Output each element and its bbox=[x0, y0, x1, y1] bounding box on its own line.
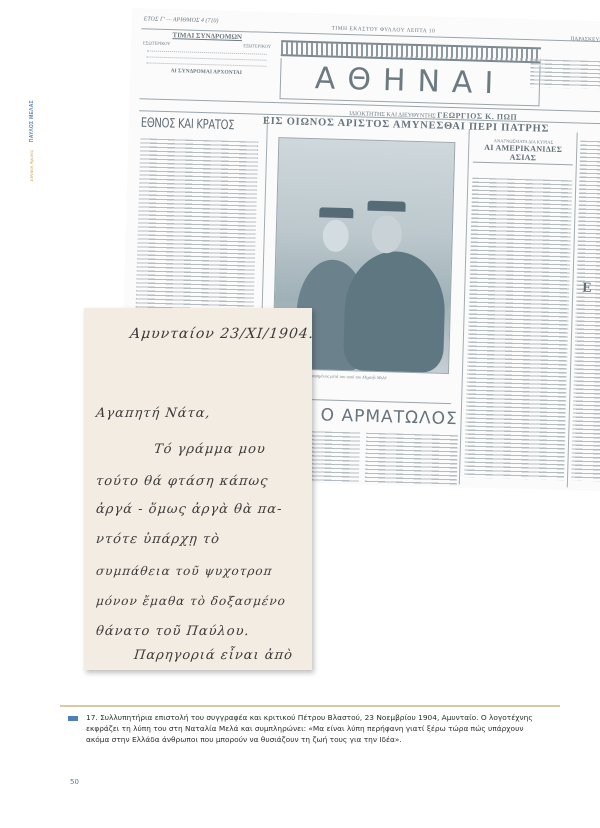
newspaper-issue-line: ΕΤΟΣ Γ' — ΑΡΙΘΜΟΣ 4 (710) bbox=[144, 16, 219, 24]
figure-caption: 17. Συλλυπητήρια επιστολή του συγγραφέα … bbox=[86, 712, 536, 745]
page-number: 50 bbox=[70, 778, 79, 786]
subscription-start: ΑΙ ΣΥΝΔΡΟΜΑΙ ΑΡΧΟΝΤΑΙ bbox=[142, 67, 270, 77]
letter-line: Παρηγοριά εἶναι ἀπὸ bbox=[133, 648, 294, 663]
newspaper-right-notice bbox=[530, 59, 600, 89]
letter-line: ἀργά - ὅμως ἀργὰ θὰ πα- bbox=[95, 502, 283, 517]
newspaper-masthead: ΑΘΗΝΑΙ bbox=[280, 40, 542, 105]
handwritten-letter: Αμυνταίον 23/ΧΙ/1904. Αγαπητή Νάτα, Τό γ… bbox=[84, 308, 312, 670]
photo-figure-man bbox=[343, 250, 446, 373]
right-column-text bbox=[464, 178, 572, 481]
letter-line: Τό γράμμα μου bbox=[153, 442, 266, 457]
masthead-title: ΑΘΗΝΑΙ bbox=[280, 58, 541, 106]
caption-divider bbox=[60, 705, 560, 707]
running-header-author: ΠΑΥΛΟΣ ΜΕΛΑΣ bbox=[29, 100, 35, 142]
subscription-box: ΤΙΜΑΙ ΣΥΝΔΡΟΜΩΝ ΕΣΩΤΕΡΙΚΟΥ ΕΞΩΤΕΡΙΚΟΥ ΑΙ… bbox=[142, 30, 271, 77]
left-column-text bbox=[135, 138, 258, 326]
caption-marker-icon bbox=[68, 716, 78, 721]
letter-place-date: Αμυνταίον 23/ΧΙ/1904. bbox=[129, 326, 315, 342]
photo-cap bbox=[319, 207, 353, 218]
left-column-headline: ΕΘΝΟΣ ΚΑΙ ΚΡΑΤΟΣ bbox=[141, 116, 235, 133]
photo-face bbox=[322, 219, 349, 252]
subscription-exterior: ΕΞΩΤΕΡΙΚΟΥ bbox=[243, 43, 271, 49]
letter-line: ντότε ὑπάρχῃ τὸ bbox=[95, 532, 220, 547]
letter-line: τούτο θά φτάση κάπως bbox=[95, 474, 269, 489]
subscription-interior: ΕΣΩΤΕΡΙΚΟΥ bbox=[143, 40, 171, 46]
column-text bbox=[365, 433, 458, 486]
running-header: ΠΑΥΛΟΣ ΜΕΛΑΣ Εθνικοί Αγώνες bbox=[22, 100, 42, 250]
right-column-article: ΑΝΑΓΝΩΣΜΑΤΑ ΔΙΑ ΚΥΡΙΑΣ ΑΙ ΑΜΕΡΙΚΑΝΙΔΕΣ Α… bbox=[473, 138, 574, 166]
letter-line: θάνατο τοῦ Παύλου. bbox=[95, 624, 250, 639]
running-header-series: Εθνικοί Αγώνες bbox=[30, 150, 35, 181]
far-right-initial: Ε bbox=[582, 281, 592, 297]
letter-line: Αγαπητή Νάτα, bbox=[95, 406, 211, 421]
right-article-headline: ΑΙ ΑΜΕΡΙΚΑΝΙΔΕΣ ΑΣΙΑΣ bbox=[473, 143, 574, 166]
letter-line: μόνον ἔμαθα τὸ δοξασμένο bbox=[95, 594, 286, 608]
photo-face bbox=[371, 215, 402, 254]
photo-cap bbox=[367, 201, 405, 212]
second-headline: Ο ΑΡΜΑΤΩΛΟΣ bbox=[320, 405, 458, 429]
letter-line: συμπάθεια τοῦ ψυχοτροπ bbox=[95, 564, 273, 578]
subscription-rates bbox=[142, 47, 270, 67]
